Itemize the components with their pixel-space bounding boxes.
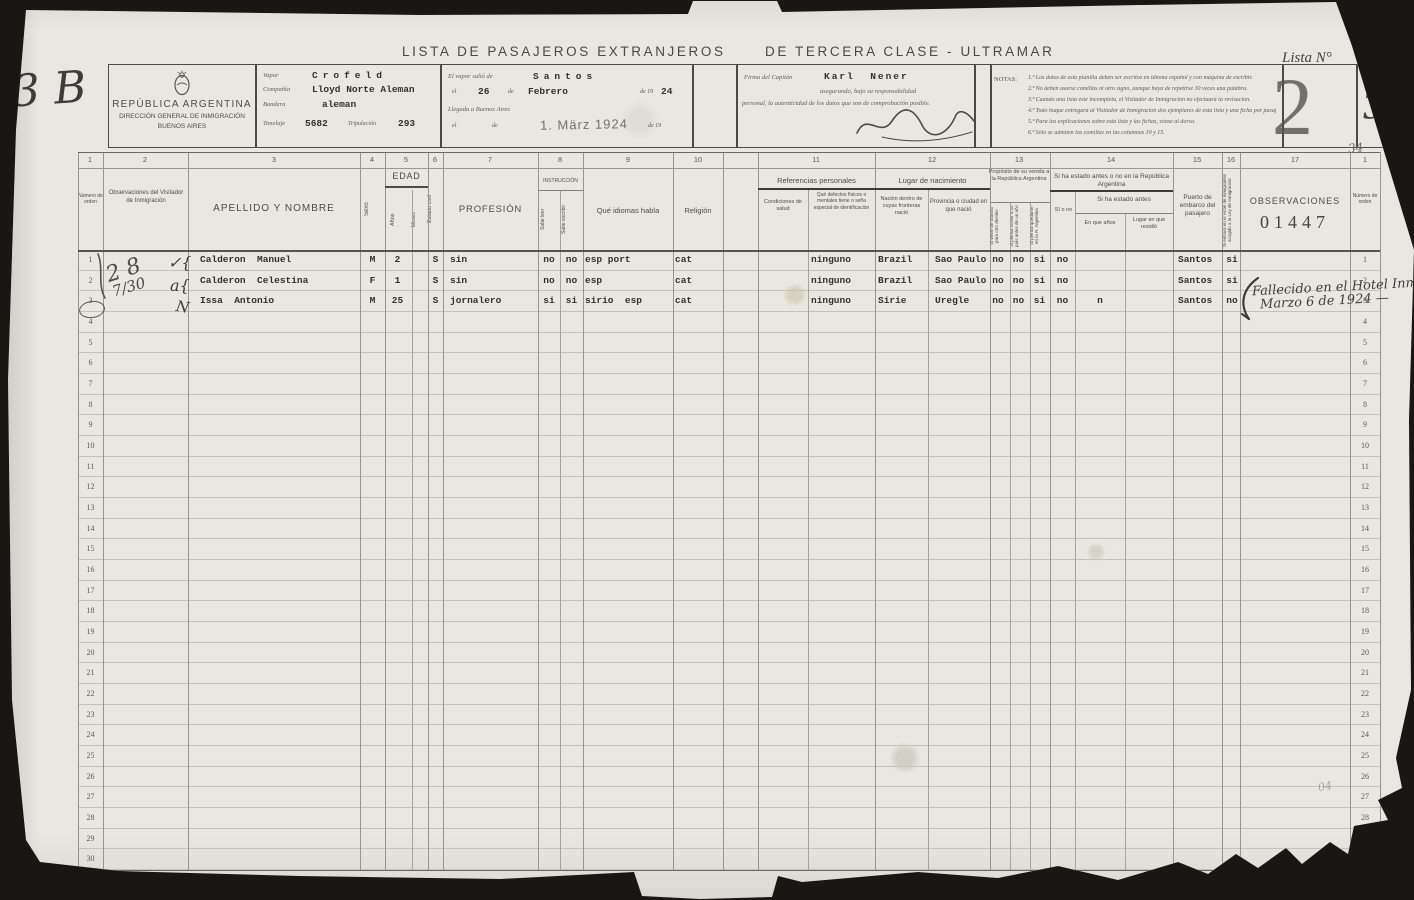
cell-sex: M bbox=[360, 250, 385, 270]
col-header-puerto-embarco: Puerto de embarco del pasajero bbox=[1173, 194, 1222, 218]
table-vline bbox=[1380, 152, 1381, 870]
notas-label: NOTAS: bbox=[994, 76, 1017, 83]
table-vline bbox=[1350, 152, 1351, 870]
table-row: 33Issa AntonioM25Sjornalerosisisirio esp… bbox=[78, 291, 1380, 312]
column-number: 15 bbox=[1182, 155, 1212, 164]
col-header-apellido-nombre: APELLIDO Y NOMBRE bbox=[190, 203, 358, 216]
cell-n: 15 bbox=[78, 539, 103, 559]
table-row: 1515 bbox=[78, 539, 1380, 560]
cell-years: 1 bbox=[383, 271, 412, 291]
cell-n2: 9 bbox=[1350, 415, 1380, 435]
cell-n: 28 bbox=[78, 808, 103, 828]
cell-n: 20 bbox=[78, 643, 103, 663]
col-header-condiciones-salud: Condiciones de salud bbox=[760, 199, 806, 213]
agency-city: BUENOS AIRES bbox=[110, 123, 254, 131]
page-title-class: DE TERCERA CLASE - ULTRAMAR bbox=[765, 44, 1055, 59]
captain-clause-1: asegurando, bajo su responsabilidad bbox=[820, 88, 916, 95]
col-header-idiomas: Qué idiomas habla bbox=[585, 206, 671, 215]
table-row: 88 bbox=[78, 395, 1380, 416]
table-vline bbox=[560, 190, 561, 870]
column-number: 5 bbox=[391, 155, 421, 164]
cell-n2: 10 bbox=[1350, 436, 1380, 456]
cell-n: 14 bbox=[78, 519, 103, 539]
col-header-sexo: Sexo bbox=[364, 172, 382, 246]
table-hline bbox=[538, 190, 583, 191]
cell-prof: jornalero bbox=[450, 291, 538, 311]
cell-been: no bbox=[1050, 291, 1075, 311]
col-header-religion: Religión bbox=[673, 206, 723, 215]
table-hline bbox=[875, 188, 990, 190]
cell-ret: no bbox=[1008, 291, 1029, 311]
cell-n: 11 bbox=[78, 457, 103, 477]
cell-n2: 20 bbox=[1350, 643, 1380, 663]
captain-signature bbox=[852, 103, 982, 143]
cell-n2: 8 bbox=[1350, 395, 1380, 415]
col-header-lugar-residio: Lugar en que residió bbox=[1125, 217, 1173, 231]
nota-item: 2.ª No deben usarse comillas ni otro sig… bbox=[1028, 86, 1276, 92]
compania-value: Lloyd Norte Aleman bbox=[312, 84, 415, 95]
cell-transit: no bbox=[988, 271, 1008, 291]
salio-label: El vapor salió de bbox=[448, 73, 493, 80]
cell-n2: 4 bbox=[1350, 312, 1380, 332]
de-label: de bbox=[508, 89, 514, 95]
cell-n: 23 bbox=[78, 705, 103, 725]
cell-prof: sin bbox=[450, 271, 538, 291]
cell-sex: M bbox=[360, 291, 385, 311]
table-row: 1818 bbox=[78, 601, 1380, 622]
table-vline bbox=[990, 152, 991, 870]
group-header-lugar-nacimiento: Lugar de nacimiento bbox=[875, 176, 990, 185]
row2-pencil-mark: a{ bbox=[170, 276, 190, 295]
table-hline bbox=[78, 168, 1380, 169]
cell-years: 25 bbox=[383, 291, 412, 311]
cell-rel: cat bbox=[675, 271, 725, 291]
cell-n: 26 bbox=[78, 767, 103, 787]
cell-n: 9 bbox=[78, 415, 103, 435]
cell-hotel: si bbox=[1222, 250, 1242, 270]
cell-been: no bbox=[1050, 271, 1075, 291]
header-divider bbox=[736, 64, 738, 148]
cell-n: 18 bbox=[78, 601, 103, 621]
cell-n: 29 bbox=[78, 829, 103, 849]
table-row: 66 bbox=[78, 353, 1380, 374]
cell-write: si bbox=[560, 291, 583, 311]
cell-n2: 15 bbox=[1350, 539, 1380, 559]
table-hline bbox=[78, 152, 1380, 153]
cell-n: 8 bbox=[78, 395, 103, 415]
column-number: 2 bbox=[130, 155, 160, 164]
column-number: 11 bbox=[801, 155, 831, 164]
cell-n2: 16 bbox=[1350, 560, 1380, 580]
nota-item: 1.ª Los datos de esta planilla deben ser… bbox=[1028, 75, 1276, 81]
table-row: 3030 bbox=[78, 849, 1380, 870]
cell-port: Santos bbox=[1178, 291, 1223, 311]
de-label2: de bbox=[492, 123, 498, 129]
cell-n2: 7 bbox=[1350, 374, 1380, 394]
col-header-observaciones: OBSERVACIONES bbox=[1240, 196, 1350, 207]
el-label2: el bbox=[452, 123, 456, 129]
header-divider bbox=[1356, 64, 1358, 148]
cell-rel: cat bbox=[675, 291, 725, 311]
cell-n: 7 bbox=[78, 374, 103, 394]
cell-n2: 24 bbox=[1350, 725, 1380, 745]
col-header-hotel-inmigrantes: Si entrará en el Hotel de Inmigrantes ac… bbox=[1223, 172, 1238, 248]
table-vline bbox=[428, 152, 429, 870]
column-number: 13 bbox=[1004, 155, 1034, 164]
cell-lang: esp bbox=[585, 271, 675, 291]
header-divider bbox=[692, 64, 694, 148]
col-header-provincia: Provincia o ciudad en que nació bbox=[929, 199, 988, 214]
cell-n2: 5 bbox=[1350, 333, 1380, 353]
table-vline bbox=[1222, 152, 1223, 870]
tripulacion-label: Tripulación bbox=[348, 121, 376, 127]
cell-n2: 17 bbox=[1350, 581, 1380, 601]
table-row: 11Calderon ManuelM2Ssinnonoesp portcatni… bbox=[78, 250, 1380, 271]
table-row: 1212 bbox=[78, 477, 1380, 498]
col-header-instruccion: INSTRUCCIÓN bbox=[538, 178, 583, 184]
cell-read: no bbox=[538, 271, 560, 291]
cell-n: 21 bbox=[78, 663, 103, 683]
cell-settle: si bbox=[1029, 250, 1050, 270]
table-vline bbox=[360, 152, 361, 870]
bandera-label: Bandera bbox=[263, 101, 285, 108]
col-header-nacion: Nación dentro de cuyas fronteras nació bbox=[877, 196, 926, 217]
cell-civil: S bbox=[428, 271, 443, 291]
page-title: LISTA DE PASAJEROS EXTRANJEROS bbox=[402, 44, 726, 59]
obs-arrow-stroke bbox=[1236, 276, 1262, 322]
cell-n: 16 bbox=[78, 560, 103, 580]
cell-province: Sao Paulo bbox=[935, 271, 990, 291]
table-vline bbox=[1050, 152, 1051, 870]
cell-port: Santos bbox=[1178, 271, 1223, 291]
table-row: 1616 bbox=[78, 560, 1380, 581]
table-row: 1010 bbox=[78, 436, 1380, 457]
column-number: 9 bbox=[613, 155, 643, 164]
compania-label: Compañía bbox=[263, 86, 290, 93]
observaciones-number-stamp: 01447 bbox=[1240, 212, 1350, 233]
salio-day-value: 26 bbox=[478, 86, 489, 97]
cell-defects: ninguno bbox=[811, 291, 883, 311]
cell-nation: Sirie bbox=[878, 291, 935, 311]
document-paper: LISTA DE PASAJEROS EXTRANJEROS DE TERCER… bbox=[0, 0, 1414, 900]
cell-been: no bbox=[1050, 250, 1075, 270]
table-row: 1313 bbox=[78, 498, 1380, 519]
table-row: 1111 bbox=[78, 457, 1380, 478]
table-vline bbox=[758, 152, 759, 870]
table-row: 1717 bbox=[78, 581, 1380, 602]
table-vline bbox=[808, 188, 809, 870]
table-hline bbox=[78, 870, 1380, 871]
cell-n2: 30 bbox=[1350, 849, 1380, 869]
table-vline bbox=[875, 152, 876, 870]
tripulacion-value: 293 bbox=[398, 118, 415, 129]
table-hline bbox=[1075, 213, 1173, 214]
column-number: 1 bbox=[75, 155, 105, 164]
salio-year-value: 24 bbox=[661, 86, 672, 97]
table-hline bbox=[78, 250, 1380, 252]
cell-n2: 14 bbox=[1350, 519, 1380, 539]
column-number: 12 bbox=[917, 155, 947, 164]
header-divider bbox=[990, 64, 992, 148]
col-header-anos: Años bbox=[390, 192, 408, 247]
column-number: 6 bbox=[420, 155, 450, 164]
table-row: 2222 bbox=[78, 684, 1380, 705]
header-divider bbox=[440, 64, 442, 148]
col-header-si-o-no: Sí o no bbox=[1052, 207, 1075, 214]
llegada-label: Llegada a Buenos Aires bbox=[448, 106, 510, 113]
table-row: 44 bbox=[78, 312, 1380, 333]
table-row: 1414 bbox=[78, 519, 1380, 540]
cell-civil: S bbox=[428, 291, 443, 311]
cell-port: Santos bbox=[1178, 250, 1223, 270]
salio-month-value: Febrero bbox=[528, 86, 568, 97]
table-vline bbox=[928, 188, 929, 870]
cell-name: Calderon Manuel bbox=[200, 250, 360, 270]
table-body: 11Calderon ManuelM2Ssinnonoesp portcatni… bbox=[78, 250, 1380, 870]
cell-n2: 13 bbox=[1350, 498, 1380, 518]
table-vline bbox=[673, 152, 674, 870]
group-header-estado-antes: Si ha estado antes o no en la República … bbox=[1052, 173, 1171, 189]
salio-port-value: Santos bbox=[533, 71, 597, 82]
row1-pencil-mark: ✓{ bbox=[168, 253, 192, 272]
cell-n2: 21 bbox=[1350, 663, 1380, 683]
cell-defects: ninguno bbox=[811, 271, 883, 291]
table-row: 2727 bbox=[78, 787, 1380, 808]
table-vline bbox=[1173, 152, 1174, 870]
cell-n2: 27 bbox=[1350, 787, 1380, 807]
sub-header-ha-estado-antes: Si ha estado antes bbox=[1075, 196, 1173, 204]
cell-n2: 19 bbox=[1350, 622, 1380, 642]
column-number: 8 bbox=[545, 155, 575, 164]
table-row: 22Calderon CelestinaF1Ssinnonoespcatning… bbox=[78, 271, 1380, 292]
cell-n2: 11 bbox=[1350, 457, 1380, 477]
cell-province: Uregle bbox=[935, 291, 990, 311]
col-header-sabe-escribir: Sabe escribir bbox=[562, 193, 580, 245]
table-row: 2323 bbox=[78, 705, 1380, 726]
vapor-label: Vapor bbox=[263, 72, 279, 79]
table-vline bbox=[1030, 202, 1031, 870]
cell-ret: no bbox=[1008, 271, 1029, 291]
cell-n2: 29 bbox=[1350, 829, 1380, 849]
notas-block: NOTAS: 1.ª Los datos de esta planilla de… bbox=[994, 74, 1280, 146]
table-hline bbox=[1050, 190, 1173, 192]
cell-n2: 18 bbox=[1350, 601, 1380, 621]
vapor-value: Crofeld bbox=[312, 70, 387, 81]
col-header-estado-civil: Estado civil bbox=[427, 172, 441, 246]
column-number: 16 bbox=[1216, 155, 1246, 164]
cell-prof: sin bbox=[450, 250, 538, 270]
group-header-proposito: Propósito de su venida a la República Ar… bbox=[988, 169, 1050, 183]
captain-name-value: Karl Nener bbox=[824, 71, 909, 82]
firma-capitan-label: Firma del Capitán bbox=[744, 74, 792, 81]
table-hline bbox=[990, 202, 1050, 203]
col-header-en-que-anos: En que años bbox=[1077, 220, 1123, 227]
tonelaje-value: 5682 bbox=[305, 118, 328, 129]
column-number: 3 bbox=[259, 155, 289, 164]
col-header-prop-volver: Si piensa volver a su país antes de un a… bbox=[1010, 204, 1028, 248]
faint-pencil-mark: 04 bbox=[1317, 779, 1333, 794]
table-vline bbox=[1075, 190, 1076, 870]
cell-civil: S bbox=[428, 250, 443, 270]
col-header-sabe-leer: Sabe leer bbox=[541, 193, 557, 245]
column-number: 1 bbox=[1350, 155, 1380, 164]
col-header-observaciones-visitador: Observaciones del Visitador de Inmigraci… bbox=[106, 190, 186, 205]
table-vline bbox=[443, 152, 444, 870]
cell-name: Calderon Celestina bbox=[200, 271, 360, 291]
table-vline bbox=[385, 152, 386, 870]
tonelaje-label: Tonelaje bbox=[263, 120, 285, 127]
de19b-label: de 19 bbox=[648, 123, 661, 129]
table-hline bbox=[385, 186, 428, 188]
cell-name: Issa Antonio bbox=[200, 291, 360, 311]
bandera-value: aleman bbox=[322, 99, 356, 110]
table-vline bbox=[538, 152, 539, 870]
pencil-flourish-stroke bbox=[94, 252, 110, 300]
page-number-handwritten: 3 bbox=[1360, 85, 1387, 128]
cell-n: 24 bbox=[78, 725, 103, 745]
cell-n: 5 bbox=[78, 333, 103, 353]
cell-years: 2 bbox=[383, 250, 412, 270]
cell-n2: 26 bbox=[1350, 767, 1380, 787]
column-number: 14 bbox=[1096, 155, 1126, 164]
scan-background: LISTA DE PASAJEROS EXTRANJEROS DE TERCER… bbox=[0, 0, 1414, 900]
cell-transit: no bbox=[988, 250, 1008, 270]
cell-settle: si bbox=[1029, 271, 1050, 291]
col-header-prop-quedarse: Si piensa quedarse en la R. Argentina bbox=[1030, 204, 1048, 248]
col-header-profesion: PROFESIÓN bbox=[443, 204, 538, 216]
nota-item: 3.ª Cuando una lista esté incompleta, el… bbox=[1028, 97, 1276, 103]
table-row: 99 bbox=[78, 415, 1380, 436]
el-label: el bbox=[452, 89, 456, 95]
cell-n2: 23 bbox=[1350, 705, 1380, 725]
table-vline bbox=[583, 152, 584, 870]
cell-n: 25 bbox=[78, 746, 103, 766]
table-vline bbox=[412, 190, 413, 870]
cell-n: 10 bbox=[78, 436, 103, 456]
cell-province: Sao Paulo bbox=[935, 250, 990, 270]
table-vline bbox=[1125, 214, 1126, 870]
cell-n: 27 bbox=[78, 787, 103, 807]
table-vline bbox=[1010, 202, 1011, 870]
cell-read: no bbox=[538, 250, 560, 270]
table-row: 2020 bbox=[78, 643, 1380, 664]
table-row: 2626 bbox=[78, 767, 1380, 788]
table-vline bbox=[1240, 152, 1241, 870]
cell-lang: esp port bbox=[585, 250, 675, 270]
cell-n: 13 bbox=[78, 498, 103, 518]
col-header-meses: Meses bbox=[412, 192, 425, 247]
cell-byears: n bbox=[1075, 291, 1125, 311]
cell-n2: 22 bbox=[1350, 684, 1380, 704]
agency-country: REPÚBLICA ARGENTINA bbox=[110, 99, 254, 112]
agency-department: DIRECCIÓN GENERAL DE INMIGRACIÓN bbox=[110, 113, 254, 121]
cell-n2: 1 bbox=[1350, 250, 1380, 270]
table-row: 2525 bbox=[78, 746, 1380, 767]
table-row: 2929 bbox=[78, 829, 1380, 850]
cell-settle: si bbox=[1029, 291, 1050, 311]
cell-rel: cat bbox=[675, 250, 725, 270]
de19-label: de 19 bbox=[640, 89, 653, 95]
corner-handwritten-number: 3 B bbox=[10, 61, 88, 117]
cell-write: no bbox=[560, 250, 583, 270]
table-row: 1919 bbox=[78, 622, 1380, 643]
column-number: 4 bbox=[357, 155, 387, 164]
page-number-stamp: 2 bbox=[1272, 68, 1313, 146]
table-vline bbox=[78, 152, 79, 870]
col-header-prop-transito: Si viene de tránsito para otro destino bbox=[990, 204, 1008, 248]
cell-defects: ninguno bbox=[811, 250, 883, 270]
col-header-defectos: Qué defectos físicos o mentales tiene o … bbox=[810, 192, 873, 211]
column-number: 7 bbox=[475, 155, 505, 164]
cell-nation: Brazil bbox=[878, 250, 935, 270]
cell-n: 30 bbox=[78, 849, 103, 869]
cell-n2: 28 bbox=[1350, 808, 1380, 828]
cell-n: 6 bbox=[78, 353, 103, 373]
cell-n2: 12 bbox=[1350, 477, 1380, 497]
table-row: 2121 bbox=[78, 663, 1380, 684]
table-hline bbox=[758, 188, 875, 190]
cell-n: 22 bbox=[78, 684, 103, 704]
cell-read: si bbox=[538, 291, 560, 311]
column-number: 10 bbox=[683, 155, 713, 164]
col-header-numero-orden-right: Número de orden bbox=[1350, 193, 1380, 206]
cell-ret: no bbox=[1008, 250, 1029, 270]
cell-write: no bbox=[560, 271, 583, 291]
cell-sex: F bbox=[360, 271, 385, 291]
cell-n2: 6 bbox=[1350, 353, 1380, 373]
table-row: 55 bbox=[78, 333, 1380, 354]
argentina-crest-icon bbox=[172, 70, 192, 96]
column-number: 17 bbox=[1280, 155, 1310, 164]
cell-n: 12 bbox=[78, 477, 103, 497]
header-divider bbox=[255, 64, 257, 148]
nota-item: 5.ª Para las explicaciones sobre esta li… bbox=[1028, 119, 1276, 125]
table-row: 77 bbox=[78, 374, 1380, 395]
cell-transit: no bbox=[988, 291, 1008, 311]
table-vline bbox=[723, 152, 724, 870]
arrival-date-stamp: 1. März 1924 bbox=[540, 116, 628, 133]
group-header-referencias: Referencias personales bbox=[758, 176, 875, 185]
cell-lang: sirio esp bbox=[585, 291, 675, 311]
cell-nation: Brazil bbox=[878, 271, 935, 291]
col-header-edad: EDAD bbox=[385, 171, 428, 182]
nota-item: 4.ª Todo buque entregará al Visitador de… bbox=[1028, 108, 1276, 114]
cell-n2: 25 bbox=[1350, 746, 1380, 766]
nota-item: 6.ª Sólo se admiten las comillas en las … bbox=[1028, 130, 1276, 136]
cell-n: 17 bbox=[78, 581, 103, 601]
cell-n: 19 bbox=[78, 622, 103, 642]
table-row: 2424 bbox=[78, 725, 1380, 746]
col-header-numero-orden: Número de orden bbox=[78, 193, 103, 206]
table-row: 2828 bbox=[78, 808, 1380, 829]
